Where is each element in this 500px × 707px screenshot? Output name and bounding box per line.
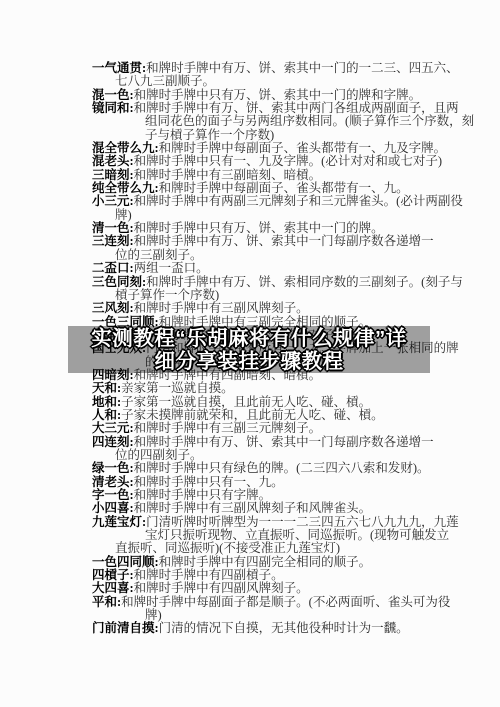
yaku-term: 二盃口: — [92, 261, 134, 275]
yaku-description: 和牌时手牌中有四副完全相同的顺子。 — [159, 555, 372, 569]
yaku-description: 和牌时手牌中有三副暗刻、暗槓。 — [134, 168, 322, 182]
yaku-line: 清老头:和牌时手牌中只有一、九。 — [0, 476, 500, 489]
yaku-description: 位的四副刻子。 — [115, 448, 203, 462]
yaku-wrap-line: 组同花色的面子与另两组序数相同。(顺子算作三个序数，刻 — [0, 115, 500, 128]
yaku-term: 四槓子: — [92, 568, 134, 582]
yaku-line: 混老头:和牌时手牌中只有一、九及字牌。(必计对对和或七对子) — [0, 155, 500, 168]
yaku-term: 九莲宝灯: — [92, 515, 146, 529]
yaku-line: 三风刻:和牌时手牌中有三副风牌刻子。 — [0, 302, 500, 315]
yaku-description: 直振听、同巡振听)(不接受准正九莲宝灯) — [115, 541, 340, 555]
yaku-line: 门前清自摸:门清的情况下自摸，无其他役种时计为一飜。 — [0, 622, 500, 635]
watermark-title: 实测教程“乐胡麻将有什么规律”详 细分享装挂步骤教程 — [68, 327, 430, 373]
yaku-term: 一气通贯: — [92, 61, 146, 75]
yaku-term: 小四喜: — [92, 501, 134, 515]
yaku-description: 和牌时手牌中每副面子都是顺子。(不必两面听、雀头可为役 — [121, 595, 450, 609]
yaku-term: 混一色: — [92, 88, 134, 102]
yaku-term: 人和: — [92, 408, 121, 422]
yaku-description: 和牌时手牌中有三副风牌刻子。 — [134, 301, 309, 315]
yaku-description: 和牌时手牌中每副面子、雀头都带有一、九及字牌。 — [159, 141, 447, 155]
yaku-description: 组同花色的面子与另两组序数相同。(顺子算作三个序数，刻 — [145, 114, 474, 128]
yaku-line: 二盃口:两组一盃口。 — [0, 262, 500, 275]
yaku-term: 天和: — [92, 381, 121, 395]
yaku-line: 天和:亲家第一巡就自摸。 — [0, 382, 500, 395]
yaku-description: 和牌时手牌中有三副风牌刻子和风牌雀头。 — [134, 501, 372, 515]
yaku-term: 大三元: — [92, 421, 134, 435]
yaku-term: 平和: — [92, 595, 121, 609]
yaku-line: 小四喜:和牌时手牌中有三副风牌刻子和风牌雀头。 — [0, 502, 500, 515]
yaku-line: 平和:和牌时手牌中每副面子都是顺子。(不必两面听、雀头可为役 — [0, 596, 500, 609]
yaku-description: 和牌时手牌中只有一、九。 — [134, 475, 284, 489]
yaku-description: 和牌时手牌中有四副槓子。 — [134, 568, 284, 582]
watermark-title-line2: 细分享装挂步骤教程 — [68, 350, 430, 373]
watermark-title-line1: 实测教程“乐胡麻将有什么规律”详 — [68, 327, 430, 350]
yaku-wrap-line: 位的三副刻子。 — [0, 249, 500, 262]
yaku-description: 两组一盃口。 — [134, 261, 209, 275]
yaku-description: 槓子算作一个序数) — [115, 288, 219, 302]
yaku-description: 和牌时手牌中只有字牌。 — [134, 488, 272, 502]
yaku-description: 和牌时手牌中每副面子、雀头都带有一、九。 — [159, 181, 409, 195]
yaku-description: 和牌时手牌中只有万、饼、索其中一门的牌和字牌。 — [134, 88, 422, 102]
yaku-line: 大三元:和牌时手牌中有三副三元牌刻子。 — [0, 422, 500, 435]
yaku-line: 三色同刻:和牌时手牌中有万、饼、索相同序数的三副刻子。(刻子与 — [0, 276, 500, 289]
yaku-term: 大四喜: — [92, 581, 134, 595]
yaku-line: 大四喜:和牌时手牌中有四副风牌刻子。 — [0, 582, 500, 595]
yaku-description: 和牌时手牌中有万、饼、索其中两门各组成两副面子，且两 — [134, 101, 459, 115]
yaku-description: 亲家第一巡就自摸。 — [121, 381, 234, 395]
yaku-term: 绿一色: — [92, 461, 134, 475]
yaku-term: 清老头: — [92, 475, 134, 489]
yaku-wrap-line: 七八九三副顺子。 — [0, 75, 500, 88]
yaku-description: 七八九三副顺子。 — [115, 74, 215, 88]
yaku-description: 和牌时手牌中有万、饼、索其中一门的一二三、四五六、 — [146, 61, 459, 75]
yaku-description: 子家未摸牌前就荣和，且此前无人吃、碰、槓。 — [121, 408, 384, 422]
yaku-description: 和牌时手牌中只有绿色的牌。(二三四六八索和发财)。 — [134, 461, 430, 475]
yaku-term: 三暗刻: — [92, 168, 134, 182]
yaku-description: 和牌时手牌中只有一、九及字牌。(必计对对和或七对子) — [134, 154, 442, 168]
yaku-term: 小三元: — [92, 194, 134, 208]
yaku-description: 和牌时手牌中有万、饼、索相同序数的三副刻子。(刻子与 — [146, 275, 463, 289]
yaku-line: 地和:子家第一巡就自摸，且此前无人吃、碰、槓。 — [0, 396, 500, 409]
yaku-line: 三连刻:和牌时手牌中有万、饼、索其中一门每副序数各递增一 — [0, 235, 500, 248]
yaku-term: 一色四同顺: — [92, 555, 159, 569]
yaku-wrap-line: 直振听、同巡振听)(不接受准正九莲宝灯) — [0, 542, 500, 555]
yaku-description: 和牌时手牌中有两副三元牌刻子和三元牌雀头。(必计两副役 — [134, 194, 463, 208]
yaku-term: 三连刻: — [92, 234, 134, 248]
yaku-description: 子家第一巡就自摸，且此前无人吃、碰、槓。 — [121, 395, 371, 409]
yaku-term: 三色同刻: — [92, 275, 146, 289]
yaku-term: 纯全带么九: — [92, 181, 159, 195]
yaku-description: 和牌时手牌中有四副风牌刻子。 — [134, 581, 309, 595]
yaku-term: 三风刻: — [92, 301, 134, 315]
yaku-description: 牌) — [115, 208, 132, 222]
yaku-line: 一气通贯:和牌时手牌中有万、饼、索其中一门的一二三、四五六、 — [0, 62, 500, 75]
yaku-description: 和牌时手牌中有万、饼、索其中一门每副序数各递增一 — [134, 234, 434, 248]
yaku-term: 门前清自摸: — [92, 621, 159, 635]
yaku-description: 宝灯只振听现物、立直振听、同巡振听。(现物可触发立 — [145, 528, 449, 542]
yaku-description: 牌) — [145, 608, 162, 622]
yaku-description: 位的三副刻子。 — [115, 248, 203, 262]
yaku-line: 绿一色:和牌时手牌中只有绿色的牌。(二三四六八索和发财)。 — [0, 462, 500, 475]
yaku-term: 字一色: — [92, 488, 134, 502]
yaku-term: 混全带么九: — [92, 141, 159, 155]
yaku-description: 门清听牌时听牌型为一一一二三四五六七八九九九，九莲 — [146, 515, 459, 529]
yaku-term: 四连刻: — [92, 435, 134, 449]
yaku-line: 四连刻:和牌时手牌中有万、饼、索其中一门每副序数各递增一 — [0, 436, 500, 449]
yaku-description: 和牌时手牌中有三副三元牌刻子。 — [134, 421, 322, 435]
yaku-description: 门清的情况下自摸，无其他役种时计为一飜。 — [159, 621, 409, 635]
yaku-term: 镜同和: — [92, 101, 134, 115]
yaku-line: 小三元:和牌时手牌中有两副三元牌刻子和三元牌雀头。(必计两副役 — [0, 195, 500, 208]
yaku-description: 子与槓子算作一个序数) — [145, 128, 274, 142]
document-page: 一气通贯:和牌时手牌中有万、饼、索其中一门的一二三、四五六、七八九三副顺子。混一… — [0, 0, 500, 707]
yaku-term: 混老头: — [92, 154, 134, 168]
yaku-description: 和牌时手牌中有万、饼、索其中一门每副序数各递增一 — [134, 435, 434, 449]
yaku-term: 地和: — [92, 395, 121, 409]
